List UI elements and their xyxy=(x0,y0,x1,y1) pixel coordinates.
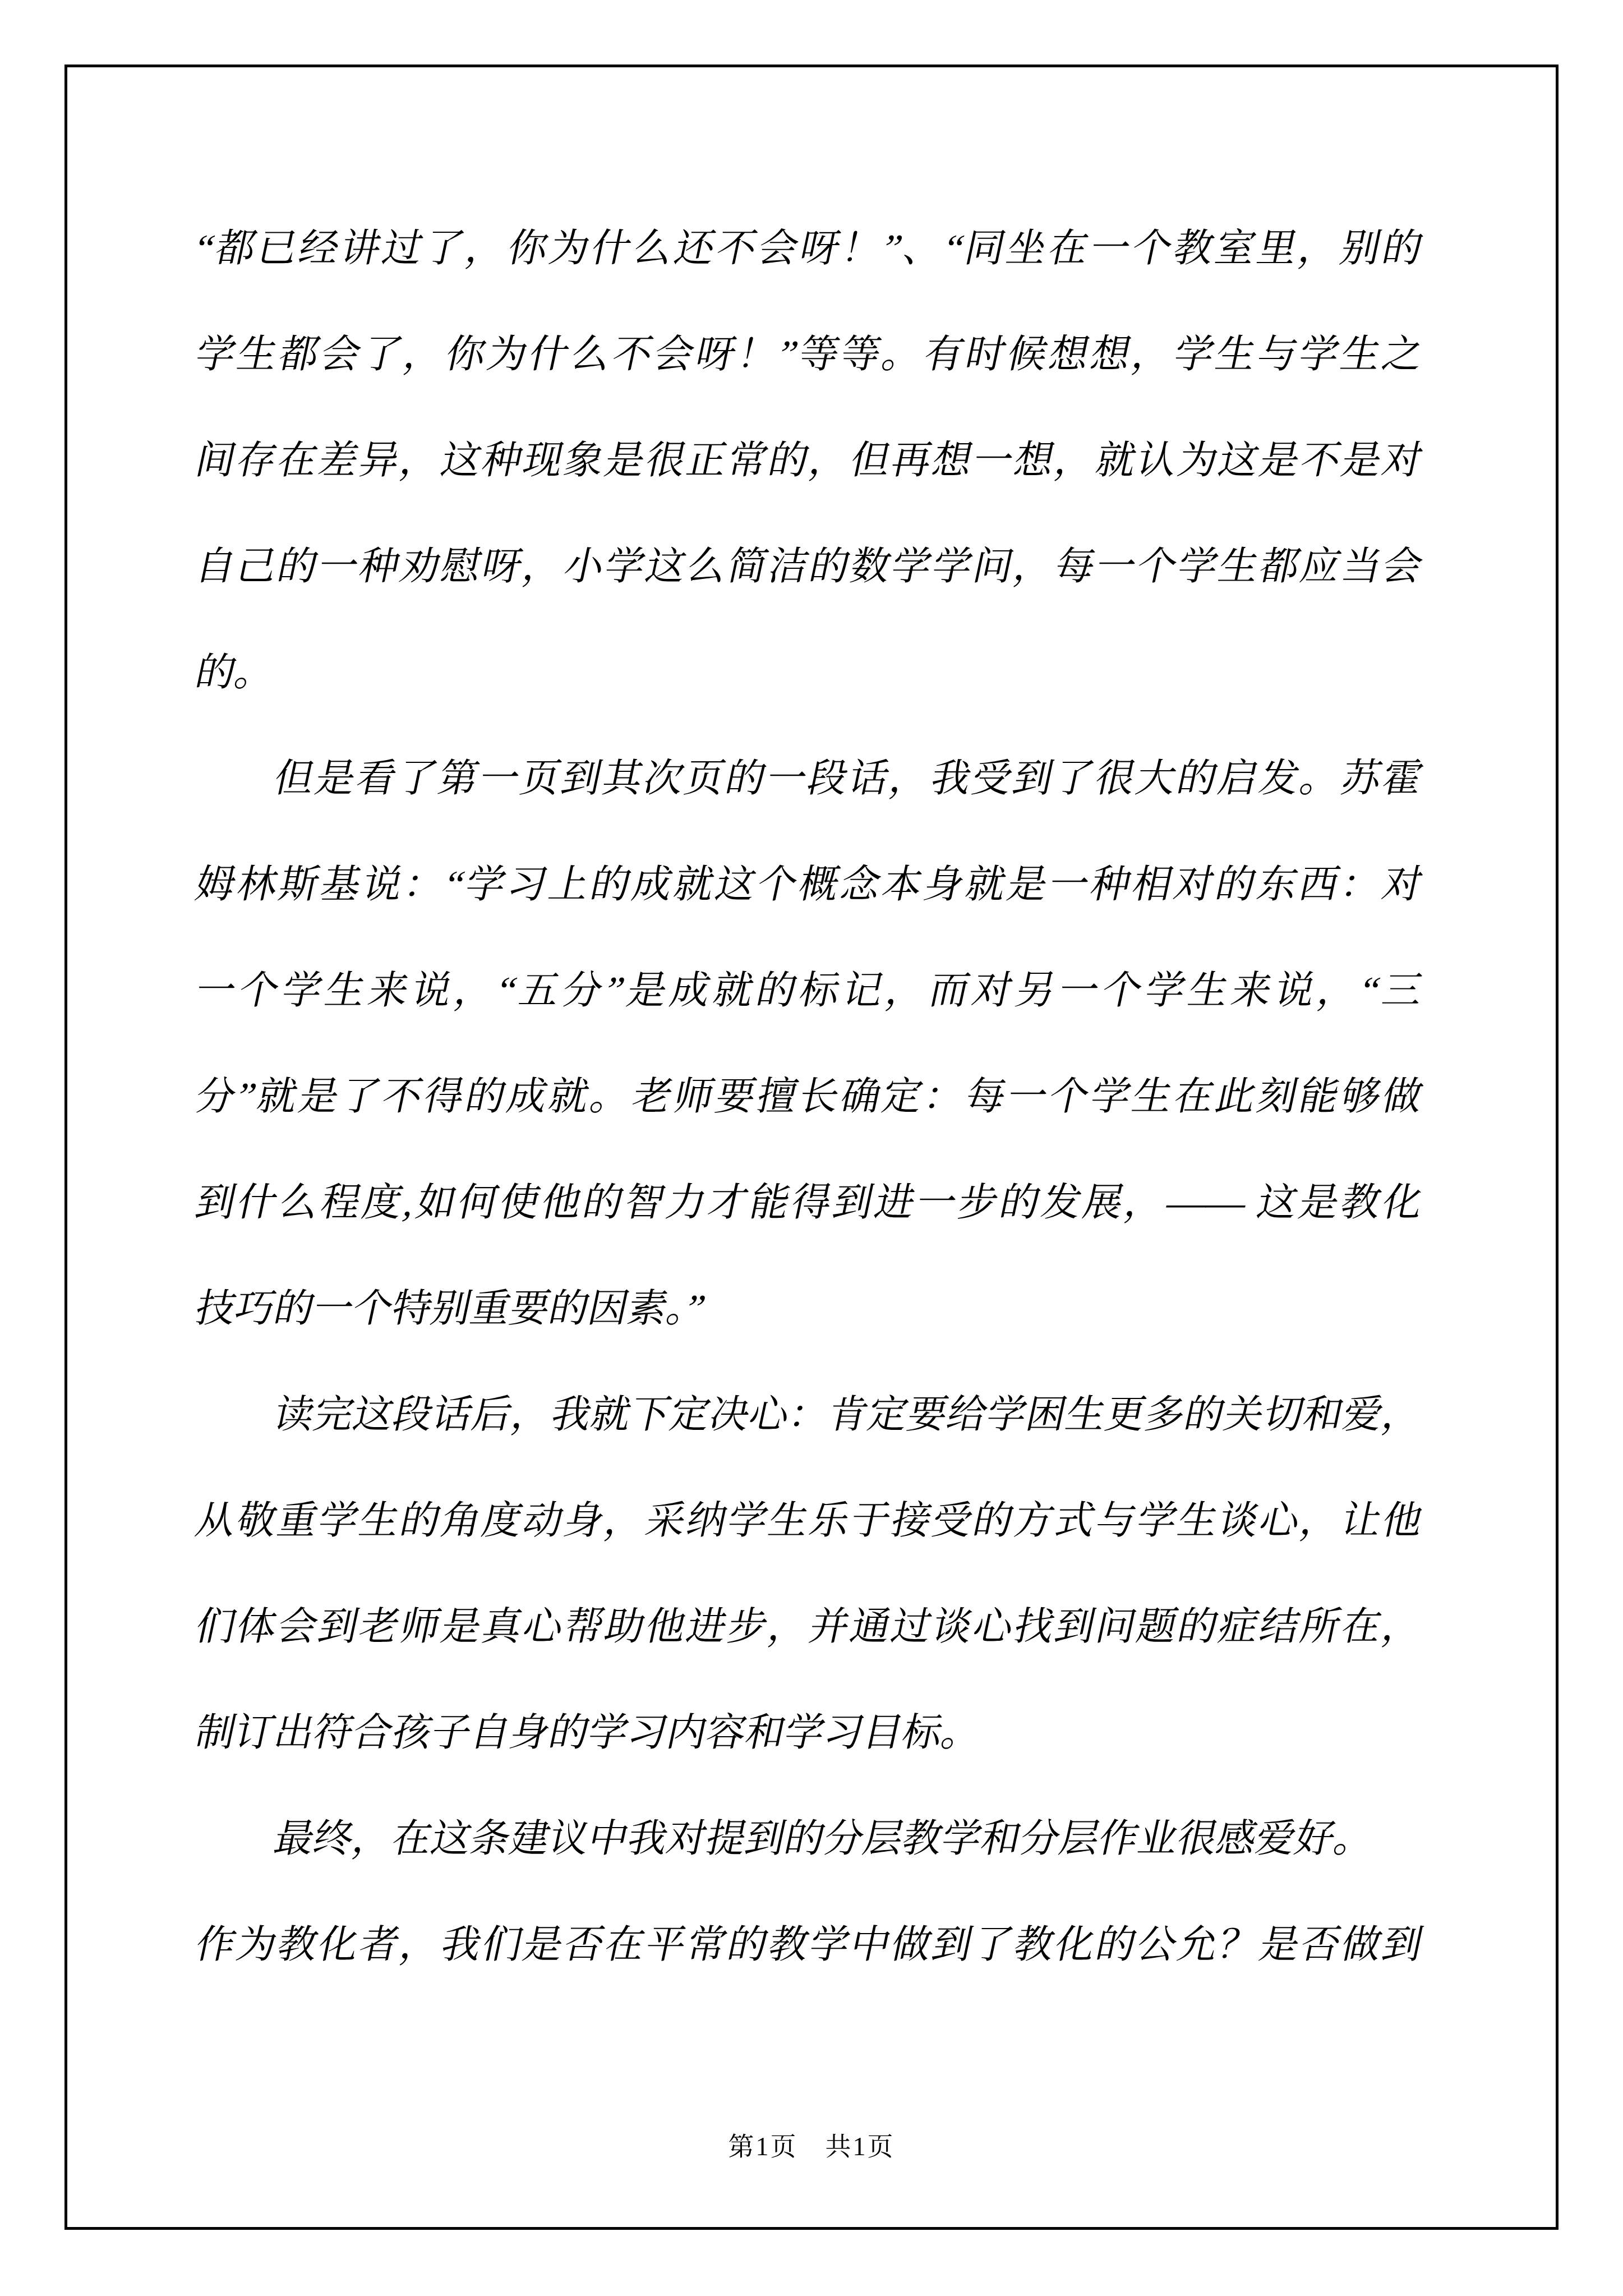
text-line: 们体会到老师是真心帮助他进步，并通过谈心找到问题的症结所在， xyxy=(185,1574,1433,1680)
text-line: 姆林斯基说：“学习上的成就这个概念本身就是一种相对的东西：对 xyxy=(185,832,1433,938)
document-body-text: “都已经讲过了，你为什么还不会呀！”、“同坐在一个教室里，别的学生都会了，你为什… xyxy=(196,196,1422,1998)
page-number-footer: 第1页 共1页 xyxy=(0,2126,1623,2163)
text-line: 间存在差异，这种现象是很正常的，但再想一想，就认为这是不是对 xyxy=(185,408,1433,514)
text-line: 学生都会了，你为什么不会呀！”等等。有时候想想，学生与学生之 xyxy=(185,302,1433,408)
text-line: 一个学生来说，“五分”是成就的标记，而对另一个学生来说，“三 xyxy=(185,938,1433,1044)
text-line: 作为教化者，我们是否在平常的教学中做到了教化的公允？是否做到 xyxy=(185,1892,1433,1998)
text-line: “都已经讲过了，你为什么还不会呀！”、“同坐在一个教室里，别的 xyxy=(185,196,1433,302)
text-line: 但是看了第一页到其次页的一段话，我受到了很大的启发。苏霍 xyxy=(185,726,1433,832)
text-line: 的。 xyxy=(185,620,1433,726)
text-line: 自己的一种劝慰呀，小学这么简洁的数学学问，每一个学生都应当会 xyxy=(185,514,1433,620)
text-line: 读完这段话后，我就下定决心：肯定要给学困生更多的关切和爱， xyxy=(185,1362,1433,1468)
text-line: 分”就是了不得的成就。老师要擅长确定：每一个学生在此刻能够做 xyxy=(185,1044,1433,1150)
text-line: 到什么程度,如何使他的智力才能得到进一步的发展，—— 这是教化 xyxy=(185,1150,1433,1256)
text-line: 最终，在这条建议中我对提到的分层教学和分层作业很感爱好。 xyxy=(185,1786,1433,1892)
text-line: 技巧的一个特别重要的因素。” xyxy=(185,1256,1433,1362)
text-line: 制订出符合孩子自身的学习内容和学习目标。 xyxy=(185,1680,1433,1786)
text-line: 从敬重学生的角度动身，采纳学生乐于接受的方式与学生谈心，让他 xyxy=(185,1468,1433,1574)
